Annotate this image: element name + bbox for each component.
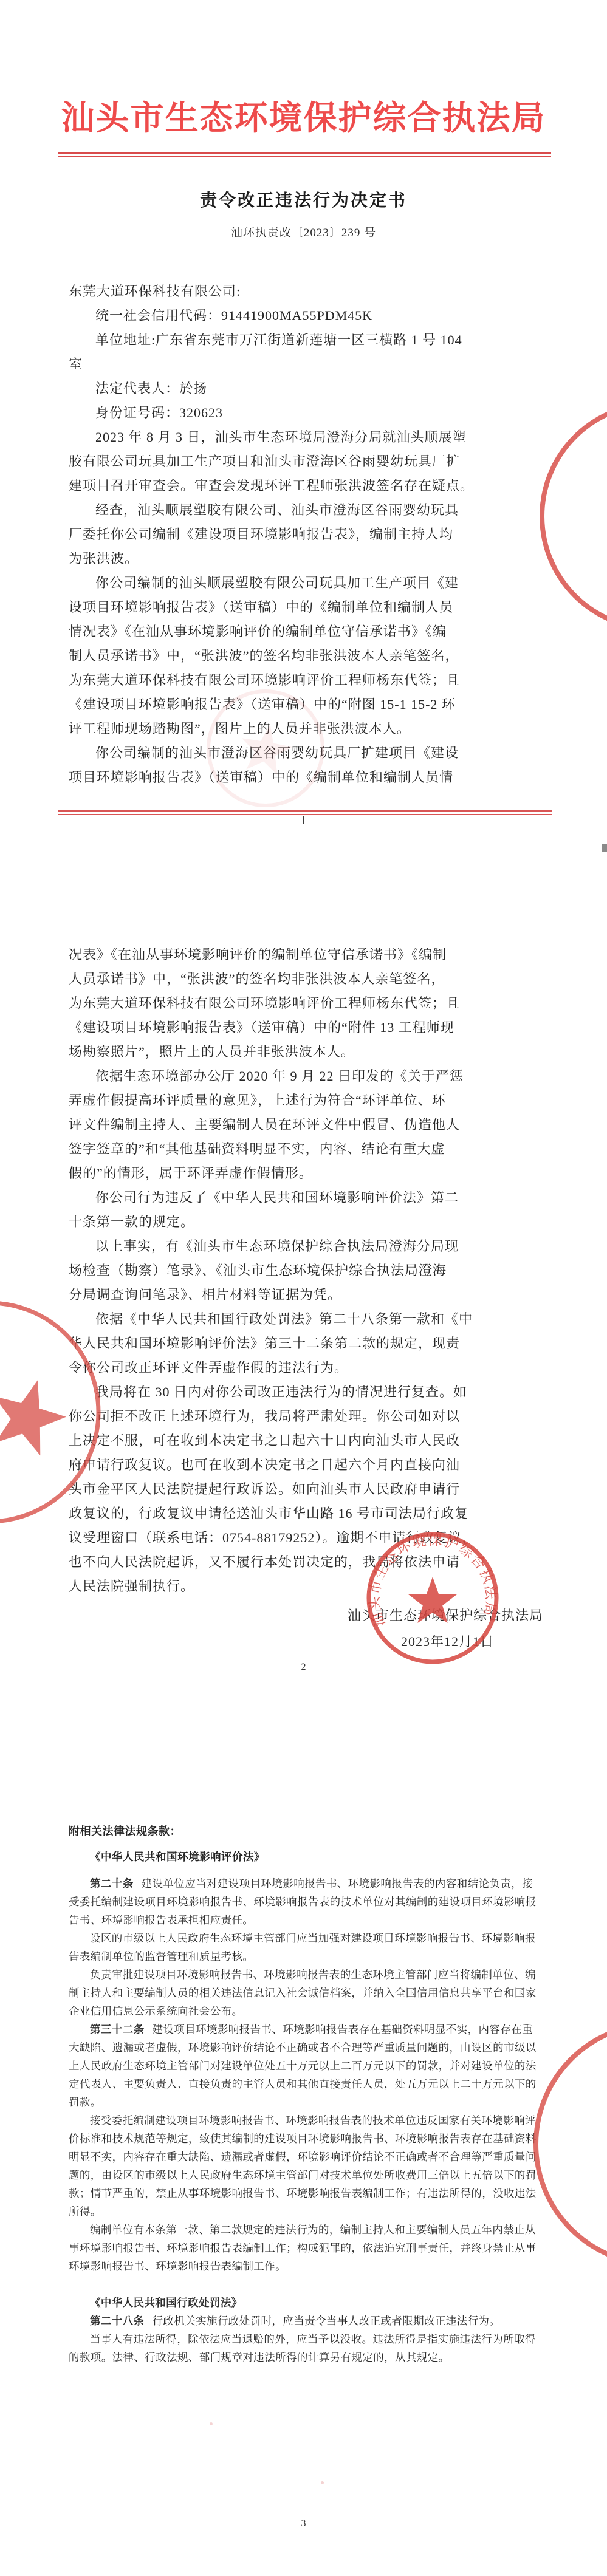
document-title: 责令改正违法行为决定书 [0, 187, 607, 211]
official-seal-page2-left-icon [0, 1297, 112, 1540]
text-line: 头市金平区人民法院提起行政诉讼。如向汕头市人民政府申请行 [69, 1477, 544, 1502]
text-line: 场勘察照片”，照片上的人员并非张洪波本人。 [69, 1040, 544, 1064]
text-line: 统一社会信用代码：91441900MA55PDM45K [69, 304, 544, 328]
text-line: 人员承诺书》中，“张洪波”的签名均非张洪波本人亲笔签名， [69, 967, 544, 991]
text-line: 负责审批建设项目环境影响报告书、环境影响报告表的生态环境主管部门应当将编制单位、… [69, 1966, 544, 1984]
page-break-red-line [58, 810, 552, 812]
red-rule-thin [58, 156, 551, 157]
page2-body: 况表》《在汕从事环境影响评价的编制单位守信承诺书》《编制人员承诺书》中，“张洪波… [69, 943, 544, 1599]
text-line: 令你公司改正环评文件弄虚作假的违法行为。 [69, 1356, 544, 1380]
text-line: 假的”的情形，属于环评弄虚作假情形。 [69, 1161, 544, 1186]
page-number-2: 2 [0, 1662, 607, 1673]
document-number: 汕环执责改〔2023〕239 号 [0, 224, 607, 240]
text-line: 所得。 [69, 2202, 544, 2221]
text-line: 编制单位有本条第一款、第二款规定的违法行为的，编制主持人和主要编制人员五年内禁止… [69, 2221, 544, 2239]
text-line: 第二十条建设单位应当对建设项目环境影响报告书、环境影响报告表的内容和结论负责，接 [69, 1874, 544, 1893]
text-line: 设区的市级以上人民政府生态环境主管部门应当加强对建设项目环境影响报告书、环境影响… [69, 1929, 544, 1947]
text-line: 身份证号码：320623 [69, 401, 544, 425]
ghost-stamp-icon [204, 686, 328, 811]
text-line: 企业信用信息公示系统向社会公布。 [69, 2002, 544, 2020]
text-line: 经查，汕头顺展塑胶有限公司、汕头市澄海区谷雨婴幼玩具 [69, 498, 544, 522]
text-line: 你公司行为违反了《中华人民共和国环境影响评价法》第二 [69, 1186, 544, 1210]
text-line: 分局调查询问笔录》、相片材料等证据为凭。 [69, 1283, 544, 1307]
text-line: 的款项。法律、行政法规、部门规章对违法所得的计算另有规定的，从其规定。 [69, 2348, 544, 2366]
text-line: 法定代表人：於扬 [69, 377, 544, 401]
text-line: 府申请行政复议。也可在收到本决定书之日起六个月内直接向汕 [69, 1453, 544, 1477]
text-line: 东莞大道环保科技有限公司: [69, 279, 544, 304]
text-line: 题的，由设区的市级以上人民政府生态环境主管部门对技术单位处所收费用三倍以上五倍以… [69, 2166, 544, 2184]
text-line: 事环境影响报告书、环境影响报告表编制工作；构成犯罪的，依法追究刑事责任，并终身禁… [69, 2239, 544, 2257]
agency-letterhead: 汕头市生态环境保护综合执法局 [0, 91, 607, 139]
text-line: 依据《中华人民共和国行政处罚法》第二十八条第一款和《中 [69, 1307, 544, 1331]
text-line: 华人民共和国环境影响评价法》第三十二条第二款的规定，现责 [69, 1331, 544, 1356]
text-line: 签字签章的”和“其他基础资料明显不实，内容、结论有重大虚 [69, 1137, 544, 1161]
attachment-heading: 附相关法律法规条款： [69, 1823, 181, 1839]
text-line: 罚款。 [69, 2093, 544, 2111]
text-line: 以上事实，有《汕头市生态环境保护综合执法局澄海分局现 [69, 1234, 544, 1259]
text-line: 2023 年 8 月 3 日，汕头市生态环境局澄海分局就汕头顺展塑 [69, 425, 544, 449]
text-line: 告书、环境影响报告表承担相应责任。 [69, 1911, 544, 1929]
official-seal-page1-icon: 汕头市生态环境保护综合执法局 [527, 394, 607, 643]
text-line: 十条第一款的规定。 [69, 1210, 544, 1234]
text-line: 建项目召开审查会。审查会发现环评工程师张洪波签名存在疑点。 [69, 474, 544, 498]
text-line: 明显不实，内容存在重大缺陷、遗漏或者虚假，环境影响评价结论不正确或者不合理等严重… [69, 2148, 544, 2166]
text-line: 大缺陷、遗漏或者虚假，环境影响评价结论不正确或者不合理等严重质量问题的，由设区的… [69, 2038, 544, 2057]
text-line: 厂委托你公司编制《建设项目环境影响报告表》，编制主持人均 [69, 522, 544, 547]
scan-speck-artifact [321, 2481, 324, 2484]
text-line: 胶有限公司玩具加工生产项目和汕头市澄海区谷雨婴幼玩具厂扩 [69, 449, 544, 474]
text-line: 告表编制单位的监督管理和质量考核。 [69, 1947, 544, 1966]
scan-speck-artifact [210, 2422, 213, 2425]
text-line: 《中华人民共和国行政处罚法》 [69, 2294, 544, 2312]
text-line: 室 [69, 352, 544, 377]
text-line: 为张洪波。 [69, 547, 544, 571]
official-seal-page3-icon: 汕头市生态环境保护综合执法局 [523, 2015, 607, 2277]
text-line [69, 2275, 544, 2294]
text-line: 价标准和技术规范等规定，致使其编制的建设项目环境影响报告书、环境影响报告表存在基… [69, 2130, 544, 2148]
text-line: 评文件编制主持人、主要编制人员在环评文件中假冒、伪造他人 [69, 1113, 544, 1137]
text-line: 况表》《在汕从事环境影响评价的编制单位守信承诺书》《编制 [69, 943, 544, 967]
text-line: 情况表》《在汕从事环境影响评价的编制单位守信承诺书》《编 [69, 620, 544, 644]
text-line: 定代表人、主要负责人、直接负责的主管人员和其他直接责任人员，处五万元以上二十万元… [69, 2075, 544, 2093]
page3-body: 第二十条建设单位应当对建设项目环境影响报告书、环境影响报告表的内容和结论负责，接… [69, 1874, 544, 2366]
text-line: 政复议的，行政复议申请径送汕头市华山路 16 号市司法局行政复 [69, 1502, 544, 1526]
law1-title: 《中华人民共和国环境影响评价法》 [90, 1849, 265, 1864]
text-line: 制人员承诺书》中，“张洪波”的签名均非张洪波本人亲笔签名， [69, 644, 544, 668]
red-rule-thick [58, 152, 551, 154]
text-line: 当事人有违法所得，除依法应当退赔的外，应当予以没收。违法所得是指实施违法行为所取… [69, 2330, 544, 2348]
text-line: 第三十二条建设项目环境影响报告书、环境影响报告表存在基础资料明显不实，内容存在重 [69, 2020, 544, 2038]
text-line: 你公司编制的汕头顺展塑胶有限公司玩具加工生产项目《建 [69, 571, 544, 595]
text-line: 上人民政府生态环境主管部门对建设单位处五十万元以上二百万元以下的罚款，并对建设单… [69, 2057, 544, 2075]
document-scan: 汕头市生态环境保护综合执法局 责令改正违法行为决定书 汕环执责改〔2023〕23… [0, 0, 607, 2576]
text-line: 受委托编制建设项目环境影响报告书、环境影响报告表的技术单位对其编制的建设项目环境… [69, 1893, 544, 1911]
text-line: 弄虚作假提高环评质量的意见》，上述行为符合“环评单位、环 [69, 1088, 544, 1113]
scan-tick-artifact [303, 816, 304, 824]
text-line: 第二十八条行政机关实施行政处罚时，应当责令当事人改正或者限期改正违法行为。 [69, 2312, 544, 2330]
text-line: 单位地址:广东省东莞市万江街道新莲塘一区三横路 1 号 104 [69, 328, 544, 352]
text-line: 上决定不服，可在收到本决定书之日起六十日内向汕头市人民政 [69, 1429, 544, 1453]
text-line: 你公司拒不改正上述环境行为，我局将严肃处理。你公司如对以 [69, 1404, 544, 1429]
text-line: 接受委托编制建设项目环境影响报告书、环境影响报告表的技术单位违反国家有关环境影响… [69, 2111, 544, 2130]
text-line: 依据生态环境部办公厅 2020 年 9 月 22 日印发的《关于严惩 [69, 1064, 544, 1088]
official-seal-icon: 汕头市生态环境保护综合执法局 [363, 1528, 502, 1668]
page-number-3: 3 [0, 2518, 607, 2529]
text-line: 设项目环境影响报告表》（送审稿）中的《编制单位和编制人员 [69, 595, 544, 620]
text-line: 款；情节严重的，禁止从事环境影响报告书、环境影响报告表编制工作；有违法所得的，没… [69, 2184, 544, 2202]
text-line: 我局将在 30 日内对你公司改正违法行为的情况进行复查。如 [69, 1380, 544, 1404]
text-line: 环境影响报告书、环境影响报告表编制工作。 [69, 2257, 544, 2275]
page-break-red-line-thin [58, 814, 552, 815]
scan-edge-artifact [602, 844, 607, 852]
text-line: 场检查（勘察）笔录》、《汕头市生态环境保护综合执法局澄海 [69, 1259, 544, 1283]
text-line: 《建设项目环境影响报告表》（送审稿）中的“附件 13 工程师现 [69, 1016, 544, 1040]
text-line: 制主持人和主要编制人员的相关违法信息记入社会诚信档案，并纳入全国信用信息共享平台… [69, 1984, 544, 2002]
text-line: 为东莞大道环保科技有限公司环境影响评价工程师杨东代签；且 [69, 991, 544, 1016]
